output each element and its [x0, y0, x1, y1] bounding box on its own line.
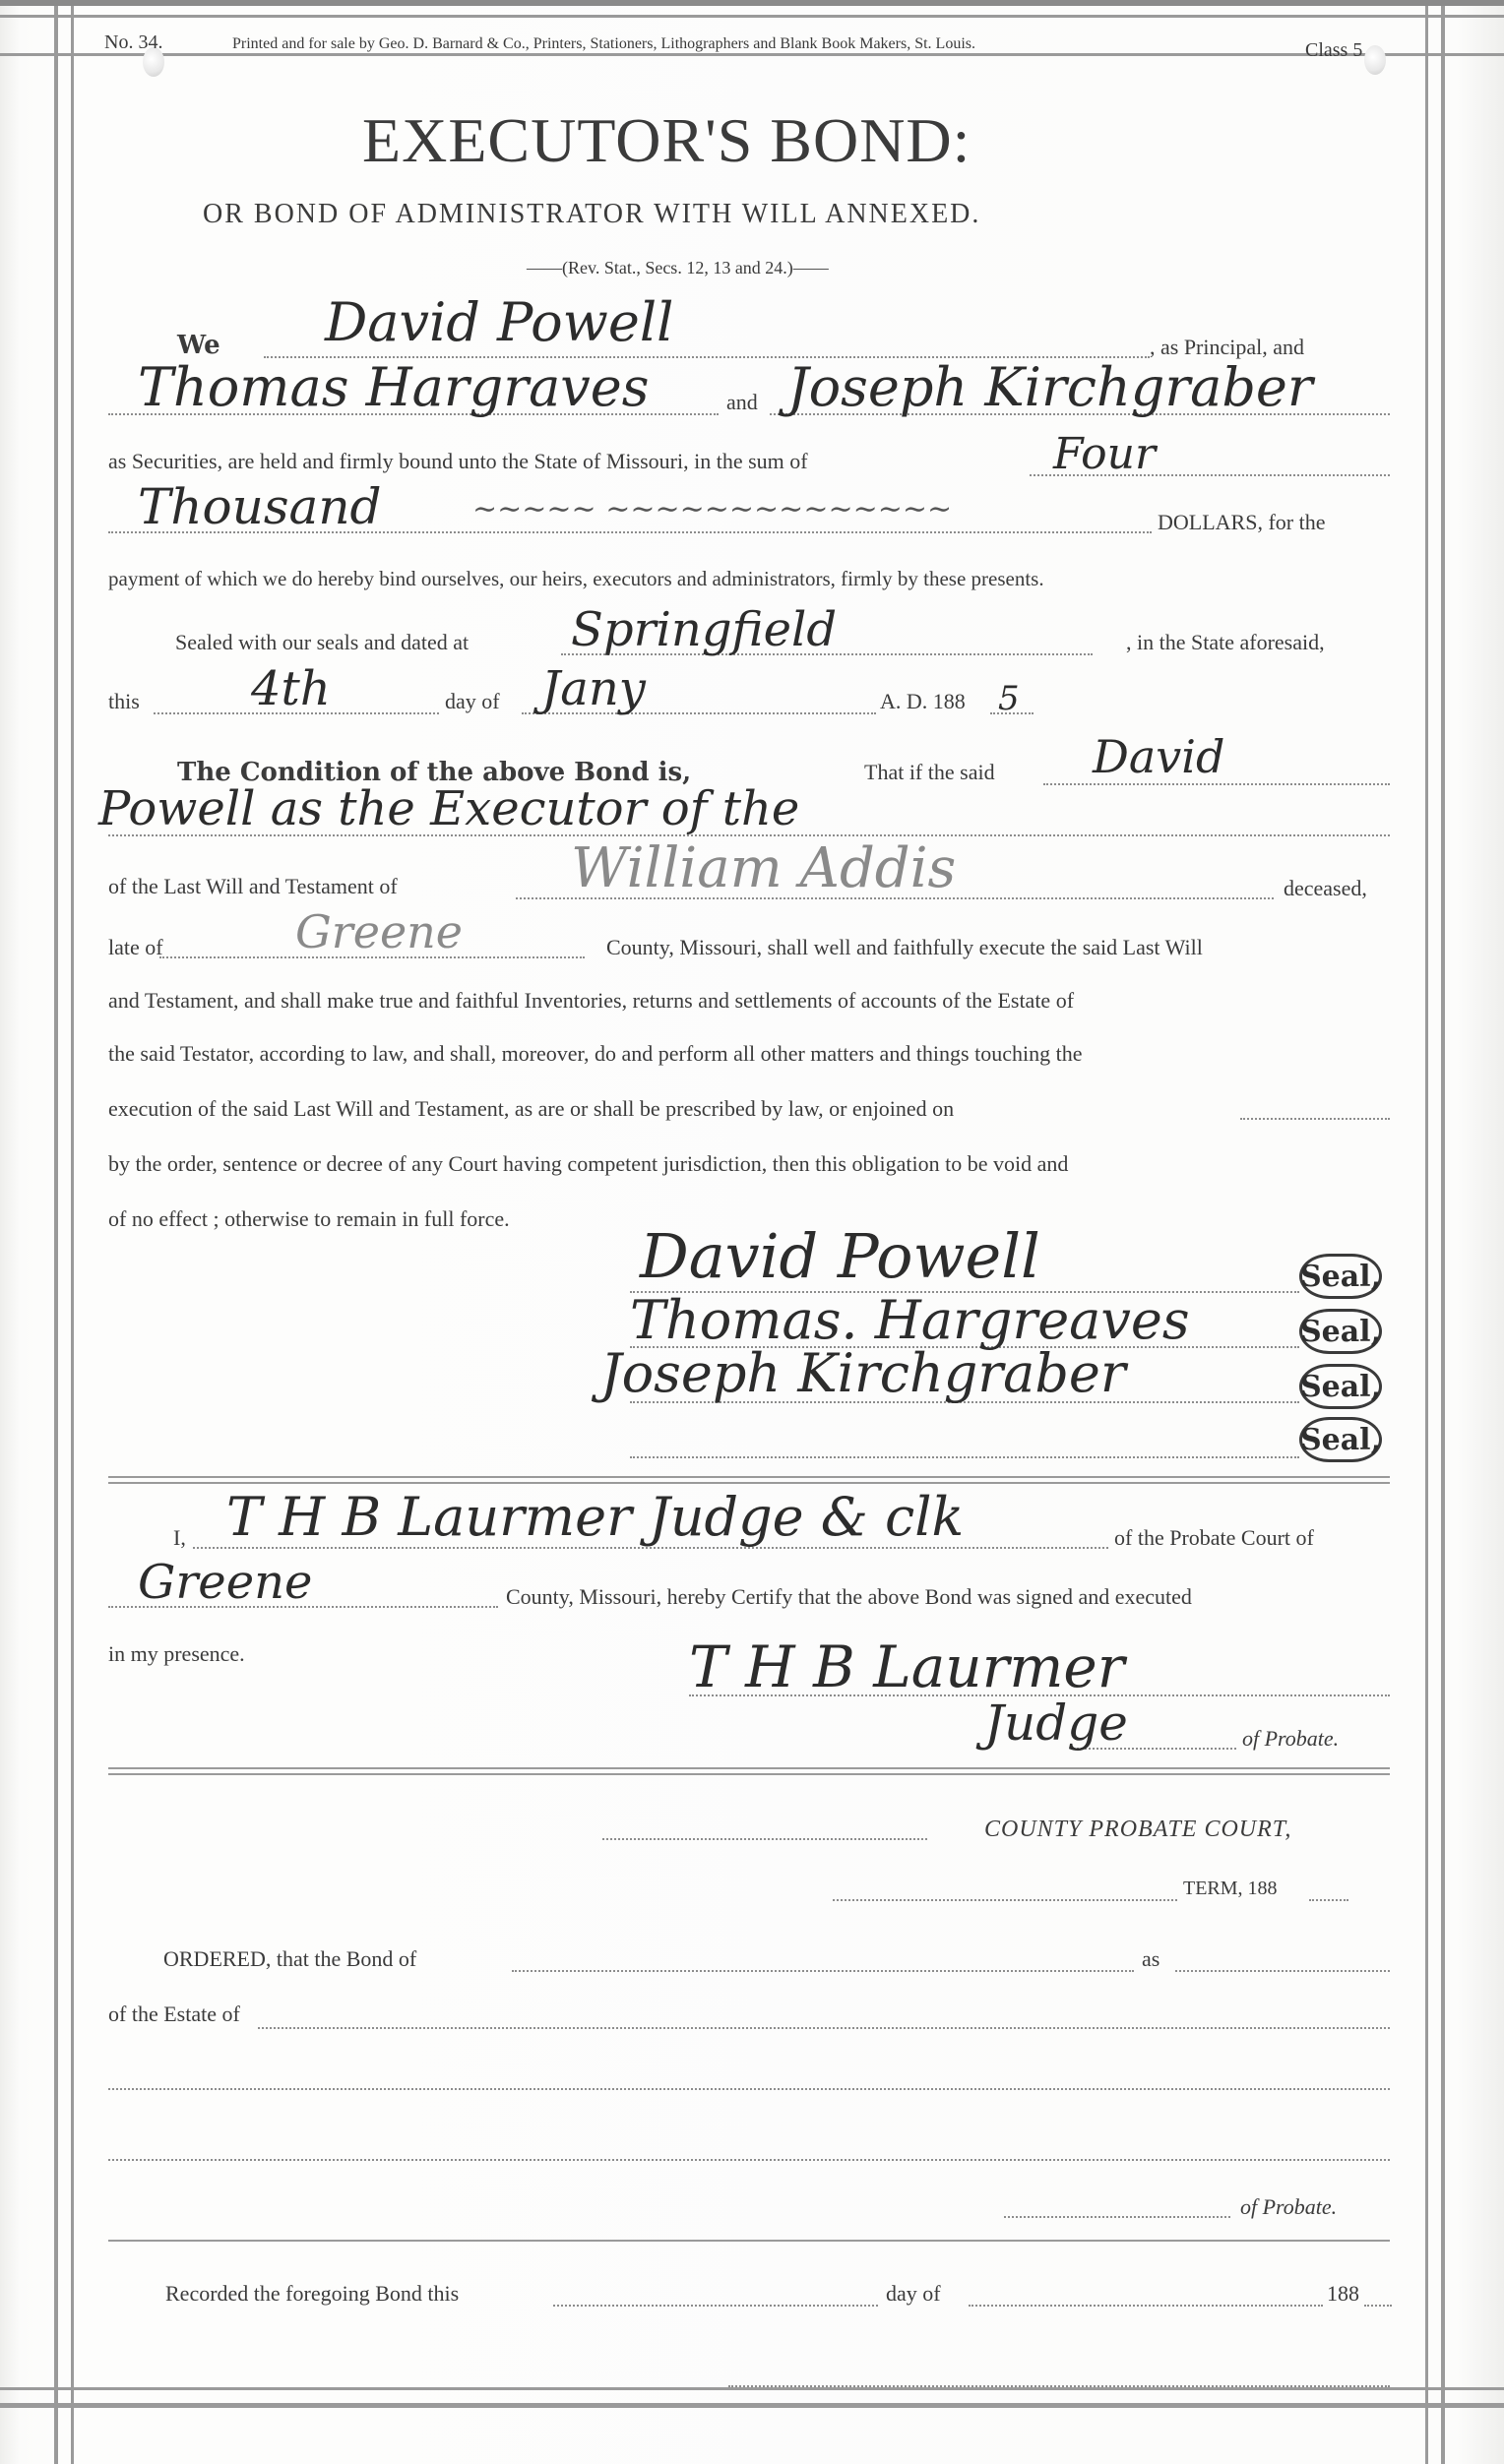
order-divider-bottom: [108, 1773, 1390, 1775]
certificate-divider-top: [108, 1476, 1390, 1478]
term-label: TERM, 188: [1183, 1878, 1278, 1900]
of-probate-label-2: of Probate.: [1240, 2194, 1337, 2220]
executor-name-1: David: [1093, 730, 1224, 783]
presence-text: in my presence.: [108, 1641, 245, 1667]
term-line: [833, 1899, 1177, 1901]
late-of-label: late of: [108, 935, 163, 960]
deceased-label: deceased,: [1284, 876, 1367, 901]
footer-rule-bottom: [0, 2403, 1504, 2408]
county-value: Greene: [295, 905, 463, 958]
signature-line-4: [630, 1456, 1299, 1458]
seal-1: Seal,: [1293, 1250, 1388, 1303]
recorded-year-line: [1364, 2305, 1392, 2307]
certify-text: County, Missouri, hereby Certify that th…: [506, 1584, 1192, 1610]
county-court-line: [602, 1838, 927, 1840]
executor-line-1: [1043, 783, 1390, 785]
and-label: and: [726, 390, 758, 415]
probate-court-label: of the Probate Court of: [1114, 1525, 1314, 1551]
sum-part-1: Four: [1053, 429, 1156, 479]
condition-body-line-1: and Testament, and shall make true and f…: [108, 988, 1074, 1014]
frame-right-outer: [1441, 0, 1445, 2464]
day-value: 4th: [251, 661, 331, 716]
page-title: EXECUTOR'S BOND:: [362, 104, 971, 177]
executor-line-2-text: Powell as the Executor of the: [98, 781, 799, 836]
sum-filler-squiggle: ∼∼∼∼∼ ∼∼∼∼∼∼∼∼∼∼∼∼∼∼: [472, 492, 952, 526]
recorded-label: Recorded the foregoing Bond this: [165, 2281, 459, 2307]
frame-left-inner: [71, 0, 74, 2464]
certificate-county: Greene: [138, 1555, 312, 1610]
county-probate-court-label: COUNTY PROBATE COURT,: [984, 1817, 1291, 1843]
signature-1: David Powell: [640, 1220, 1040, 1292]
term-year-line: [1309, 1899, 1348, 1901]
frame-right-inner: [1425, 0, 1428, 2464]
year-digit: 5: [998, 679, 1020, 718]
place: Springfield: [571, 602, 837, 657]
header-rule-top: [0, 15, 1504, 18]
order-divider-top: [108, 1767, 1390, 1769]
dollars-label: DOLLARS, for the: [1158, 510, 1325, 535]
certificate-divider-bottom: [108, 1482, 1390, 1484]
condition-body-line-4: by the order, sentence or decree of any …: [108, 1151, 1068, 1177]
header-rule-bottom: [0, 53, 1504, 56]
as-label: as: [1142, 1946, 1159, 1972]
sum-part-2: Thousand: [138, 478, 382, 535]
seal-2: Seal,: [1293, 1305, 1388, 1358]
punch-hole-right: [1364, 45, 1386, 75]
header-rule-top-thick: [0, 0, 1504, 6]
security-2-name: Joseph Kirchgraber: [787, 356, 1313, 418]
frame-left-outer: [54, 0, 58, 2464]
judge-title: Judge: [984, 1694, 1128, 1752]
state-aforesaid-label: , in the State aforesaid,: [1126, 630, 1325, 655]
principal-name: David Powell: [325, 291, 673, 353]
page-subtitle: OR BOND OF ADMINISTRATOR WITH WILL ANNEX…: [203, 199, 980, 230]
estate-label: of the Estate of: [108, 2002, 240, 2027]
signature-3: Joseph Kirchgraber: [600, 1342, 1126, 1404]
day-of-label: day of: [445, 689, 500, 714]
enjoined-line: [1240, 1118, 1390, 1120]
statute-reference: ——(Rev. Stat., Secs. 12, 13 and 24.)——: [527, 258, 829, 278]
ordered-as-line: [1175, 1970, 1390, 1972]
ordered-bond-line: [512, 1970, 1134, 1972]
last-will-label: of the Last Will and Testament of: [108, 874, 398, 899]
ordered-label: ORDERED, that the Bond of: [163, 1946, 416, 1972]
seal-4: Seal,: [1293, 1413, 1388, 1466]
recorded-month-line: [969, 2305, 1323, 2307]
payment-text: payment of which we do hereby bind ourse…: [108, 567, 1044, 591]
order-signature-line: [1004, 2216, 1230, 2218]
i-label: I,: [173, 1525, 186, 1551]
footer-rule-top: [0, 2387, 1504, 2390]
securities-text: as Securities, are held and firmly bound…: [108, 449, 808, 474]
seal-3: Seal,: [1293, 1360, 1388, 1413]
recorded-day-of-label: day of: [886, 2281, 941, 2307]
recorded-divider: [108, 2240, 1390, 2242]
form-number: No. 34.: [104, 31, 162, 54]
condition-body-line-2: the said Testator, according to law, and…: [108, 1041, 1082, 1067]
security-1-name: Thomas Hargraves: [138, 356, 649, 418]
judge-signature: T H B Laurmer: [689, 1633, 1124, 1700]
printer-line: Printed and for sale by Geo. D. Barnard …: [232, 35, 975, 53]
ad-label: A. D. 188: [880, 689, 966, 714]
county-text: County, Missouri, shall well and faithfu…: [606, 935, 1203, 960]
document-page: No. 34. Printed and for sale by Geo. D. …: [0, 0, 1504, 2464]
order-blank-line-2: [108, 2159, 1390, 2161]
class-label: Class 5: [1305, 39, 1362, 62]
that-if-label: That if the said: [864, 760, 995, 785]
sealed-label: Sealed with our seals and dated at: [175, 630, 469, 655]
month-value: Jany: [541, 661, 646, 716]
recorded-day-line: [553, 2305, 878, 2307]
of-probate-label-1: of Probate.: [1242, 1726, 1339, 1752]
testator-name: William Addis: [571, 836, 956, 900]
estate-line: [258, 2027, 1390, 2029]
order-blank-line-1: [108, 2088, 1390, 2090]
this-label: this: [108, 689, 140, 714]
official-name: T H B Laurmer Judge & clk: [226, 1486, 964, 1548]
condition-body-line-3: execution of the said Last Will and Test…: [108, 1096, 954, 1122]
condition-body-line-5: of no effect ; otherwise to remain in fu…: [108, 1206, 510, 1232]
recorded-year-label: 188: [1327, 2281, 1359, 2307]
